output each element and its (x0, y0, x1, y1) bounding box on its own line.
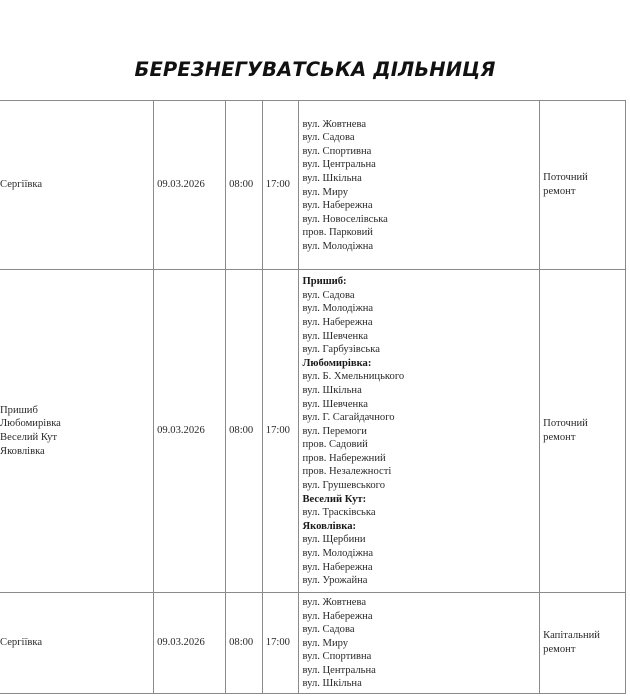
time-from-cell: 08:00 (226, 593, 263, 694)
outage-date: 09.03.2026 (157, 178, 222, 192)
work-type: ремонт (543, 185, 622, 199)
time-to: 17:00 (266, 636, 296, 650)
street-name: вул. Спортивна (302, 650, 536, 664)
street-name: вул. Шкільна (302, 677, 536, 691)
street-name: вул. Центральна (302, 158, 536, 172)
time-to: 17:00 (266, 424, 296, 438)
street-name: вул. Шкільна (302, 172, 536, 186)
settlement-heading: Любомирівка: (302, 357, 536, 371)
date-cell: 09.03.2026 (154, 593, 226, 694)
street-name: вул. Садова (302, 131, 536, 145)
street-name: пров. Садовий (302, 438, 536, 452)
time-to-cell: 17:00 (262, 101, 299, 270)
street-name: вул. Гарбузівська (302, 343, 536, 357)
date-cell: 09.03.2026 (154, 270, 226, 593)
villages-cell: ПришибЛюбомирівкаВеселий КутЯковлівка (0, 270, 154, 593)
street-name: вул. Садова (302, 623, 536, 637)
date-cell: 09.03.2026 (154, 101, 226, 270)
outage-date: 09.03.2026 (157, 424, 222, 438)
street-name: вул. Щербини (302, 533, 536, 547)
street-name: вул. Жовтнева (302, 596, 536, 610)
villages-cell: Сергіївка (0, 101, 154, 270)
settlement-heading: Пришиб: (302, 275, 536, 289)
work-type: ремонт (543, 431, 622, 445)
street-name: пров. Незалежності (302, 465, 536, 479)
street-name: вул. Центральна (302, 664, 536, 678)
street-name: вул. Спортивна (302, 145, 536, 159)
street-name: вул. Набережна (302, 561, 536, 575)
time-from: 08:00 (229, 424, 259, 438)
villages-cell: Сергіївка (0, 593, 154, 694)
street-name: вул. Грушевського (302, 479, 536, 493)
street-name: вул. Шевченка (302, 398, 536, 412)
street-name: вул. Жовтнева (302, 118, 536, 132)
street-name: вул. Молодіжна (302, 547, 536, 561)
village-name: Сергіївка (0, 636, 150, 650)
street-name: вул. Молодіжна (302, 302, 536, 316)
village-name: Пришиб (0, 404, 150, 418)
table-row: Сергіївка09.03.202608:0017:00вул. Жовтне… (0, 593, 626, 694)
streets-cell: Пришиб:вул. Садовавул. Молодіжнавул. Наб… (299, 270, 540, 593)
village-name: Любомирівка (0, 417, 150, 431)
time-to-cell: 17:00 (262, 270, 299, 593)
street-name: пров. Набережний (302, 452, 536, 466)
outage-schedule-table: Сергіївка09.03.202608:0017:00вул. Жовтне… (0, 100, 626, 694)
street-name: пров. Парковий (302, 226, 536, 240)
street-name: вул. Г. Сагайдачного (302, 411, 536, 425)
work-type: Поточний (543, 171, 622, 185)
street-name: вул. Миру (302, 637, 536, 651)
streets-cell: вул. Жовтневавул. Набережнавул. Садоваву… (299, 593, 540, 694)
street-name: вул. Урожайна (302, 574, 536, 588)
table-row: Сергіївка09.03.202608:0017:00вул. Жовтне… (0, 101, 626, 270)
work-type: ремонт (543, 643, 622, 657)
time-from: 08:00 (229, 636, 259, 650)
settlement-heading: Веселий Кут: (302, 493, 536, 507)
street-name: вул. Набережна (302, 199, 536, 213)
time-from-cell: 08:00 (226, 270, 263, 593)
street-list: вул. Жовтневавул. Садовавул. Спортивнаву… (302, 117, 536, 254)
street-name: вул. Шевченка (302, 330, 536, 344)
page-title: БЕРЕЗНЕГУВАТСЬКА ДІЛЬНИЦЯ (0, 58, 630, 81)
street-name: вул. Садова (302, 289, 536, 303)
streets-cell: вул. Жовтневавул. Садовавул. Спортивнаву… (299, 101, 540, 270)
street-name: вул. Б. Хмельницького (302, 370, 536, 384)
village-name: Яковлівка (0, 445, 150, 459)
street-name: вул. Шкільна (302, 384, 536, 398)
village-name: Веселий Кут (0, 431, 150, 445)
work-type-cell: Поточнийремонт (540, 270, 626, 593)
settlement-heading: Яковлівка: (302, 520, 536, 534)
work-type-cell: Капітальнийремонт (540, 593, 626, 694)
street-list: Пришиб:вул. Садовавул. Молодіжнавул. Наб… (302, 274, 536, 588)
time-to: 17:00 (266, 178, 296, 192)
work-type-cell: Поточнийремонт (540, 101, 626, 270)
street-name: вул. Набережна (302, 610, 536, 624)
street-name: вул. Миру (302, 186, 536, 200)
table-row: ПришибЛюбомирівкаВеселий КутЯковлівка09.… (0, 270, 626, 593)
work-type: Поточний (543, 417, 622, 431)
street-name: вул. Молодіжна (302, 240, 536, 254)
street-list: вул. Жовтневавул. Набережнавул. Садоваву… (302, 595, 536, 691)
street-name: вул. Набережна (302, 316, 536, 330)
time-from: 08:00 (229, 178, 259, 192)
street-name: вул. Трасківська (302, 506, 536, 520)
time-to-cell: 17:00 (262, 593, 299, 694)
street-name: вул. Перемоги (302, 425, 536, 439)
time-from-cell: 08:00 (226, 101, 263, 270)
village-name: Сергіївка (0, 178, 150, 192)
work-type: Капітальний (543, 629, 622, 643)
outage-date: 09.03.2026 (157, 636, 222, 650)
street-name: вул. Новоселівська (302, 213, 536, 227)
